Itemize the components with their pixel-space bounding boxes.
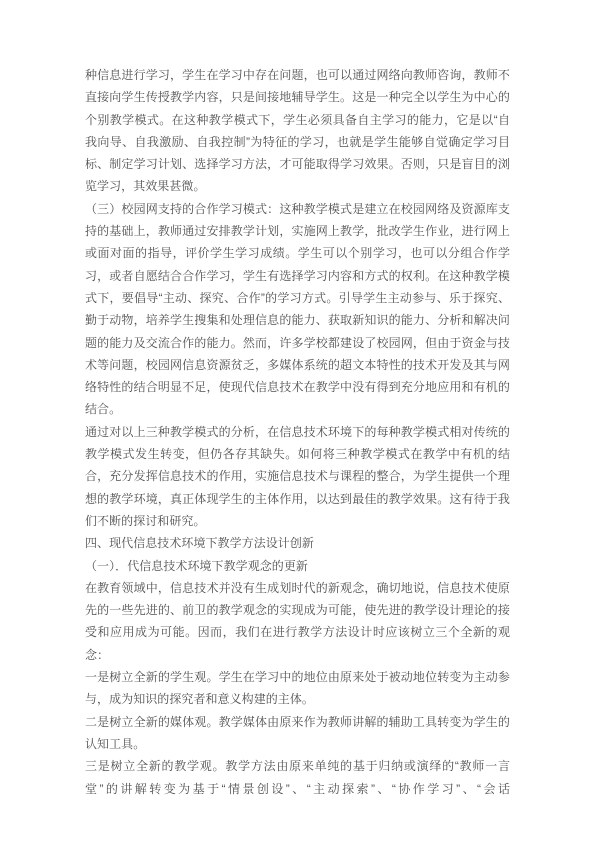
subsection-heading-4-1: （一）．代信息技术环境下教学观念的更新	[85, 555, 510, 577]
document-page: 种信息进行学习，学生在学习中存在问题，也可以通过网络向教师咨询，教师不直接向学生…	[0, 0, 595, 842]
paragraph-campus-network-cooperative-mode: （三）校园网支持的合作学习模式：这种教学模式是建立在校园网络及资源库支持的基础上…	[85, 198, 510, 421]
paragraph-new-student-view: 一是树立全新的学生观。学生在学习中的地位由原来处于被动地位转变为主动参与，成为知…	[85, 666, 510, 711]
paragraph-individual-learning-mode: 种信息进行学习，学生在学习中存在问题，也可以通过网络向教师咨询，教师不直接向学生…	[85, 64, 510, 198]
paragraph-new-teaching-view-truncated: 三是树立全新的教学观。教学方法由原来单纯的基于归纳或演绎的“教师一言堂”的讲解转…	[85, 755, 510, 800]
document-text-block: 种信息进行学习，学生在学习中存在问题，也可以通过网络向教师咨询，教师不直接向学生…	[85, 64, 510, 800]
section-heading-4: 四、现代信息技术环境下教学方法设计创新	[85, 532, 510, 554]
paragraph-new-media-view: 二是树立全新的媒体观。教学媒体由原来作为教师讲解的辅助工具转变为学生的认知工具。	[85, 711, 510, 756]
paragraph-three-modes-analysis: 通过对以上三种教学模式的分析，在信息技术环境下的每种教学模式相对传统的教学模式发…	[85, 421, 510, 532]
paragraph-education-field-concepts: 在教育领域中，信息技术并没有生成划时代的新观念，确切地说，信息技术使原先的一些先…	[85, 577, 510, 666]
